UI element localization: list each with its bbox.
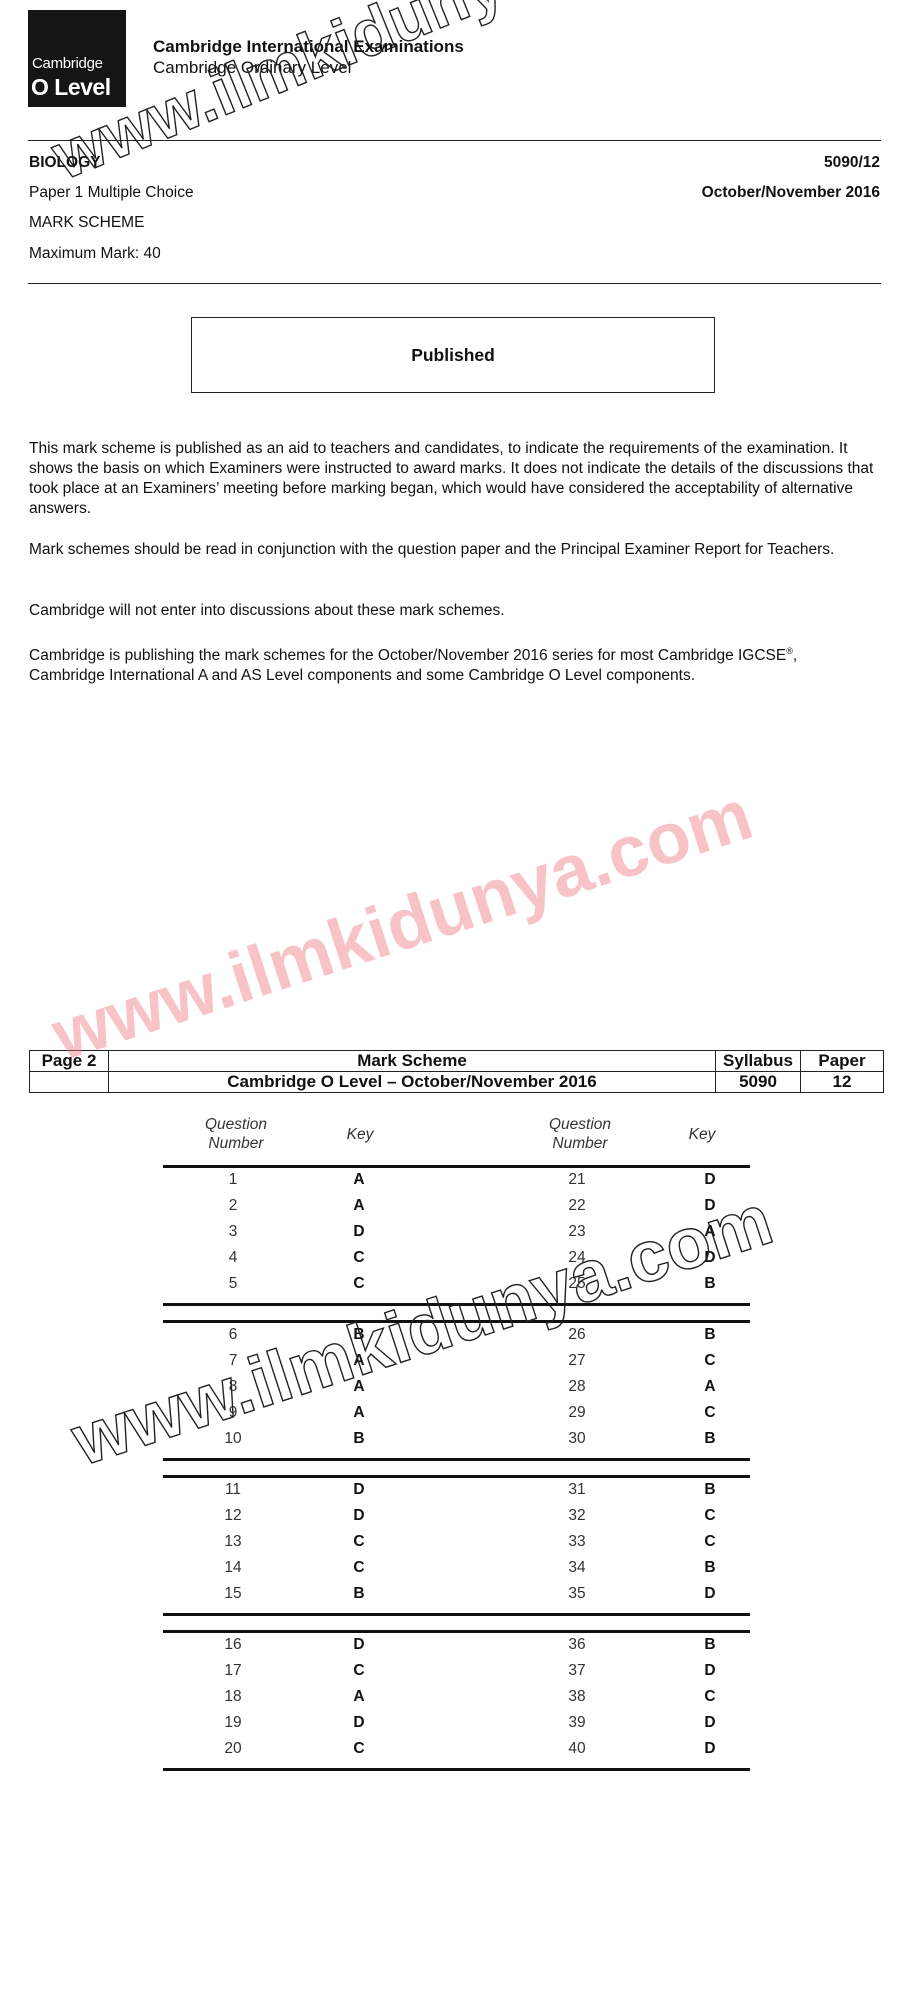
- table-row: 7A27C: [163, 1352, 750, 1378]
- answer-key: D: [344, 1507, 374, 1525]
- question-number: 33: [557, 1533, 597, 1551]
- question-number: 20: [213, 1740, 253, 1758]
- answer-key: A: [344, 1352, 374, 1370]
- question-number: 21: [557, 1171, 597, 1189]
- answer-key: A: [344, 1688, 374, 1706]
- answer-key: C: [344, 1275, 374, 1293]
- group-top-rule: [163, 1165, 750, 1168]
- paper-label: Paper: [801, 1051, 884, 1072]
- answer-key: B: [695, 1559, 725, 1577]
- table-row: 19D39D: [163, 1714, 750, 1740]
- question-number: 8: [213, 1378, 253, 1396]
- question-number: 9: [213, 1404, 253, 1422]
- answer-group: 16D36B17C37D18A38C19D39D20C40D: [163, 1630, 750, 1768]
- document-type: MARK SCHEME: [29, 214, 144, 232]
- answer-group: 6B26B7A27C8A28A9A29C10B30B: [163, 1320, 750, 1458]
- answer-group: 1A21D2A22D3D23A4C24D5C25B: [163, 1165, 750, 1303]
- question-number: 11: [213, 1481, 253, 1499]
- answer-key: D: [695, 1171, 725, 1189]
- answer-key: D: [344, 1223, 374, 1241]
- logo-line-2: O Level: [31, 74, 111, 101]
- question-number: 37: [557, 1662, 597, 1680]
- question-number: 36: [557, 1636, 597, 1654]
- group-bottom-rule: [163, 1613, 750, 1616]
- question-number: 39: [557, 1714, 597, 1732]
- answer-key: D: [344, 1481, 374, 1499]
- published-status-box: Published: [191, 317, 715, 393]
- answer-key: A: [344, 1404, 374, 1422]
- answer-key: B: [344, 1585, 374, 1603]
- watermark-outline-top: www.ilmkidunya.com: [42, 0, 690, 194]
- question-number: 6: [213, 1326, 253, 1344]
- table-row: 8A28A: [163, 1378, 750, 1404]
- published-label: Published: [411, 345, 495, 366]
- question-number: 15: [213, 1585, 253, 1603]
- table-row: 11D31B: [163, 1481, 750, 1507]
- question-label: Question: [540, 1115, 620, 1134]
- question-number: 13: [213, 1533, 253, 1551]
- publishing-text-a: Cambridge is publishing the mark schemes…: [29, 647, 786, 664]
- answer-key: D: [695, 1585, 725, 1603]
- table-row: 17C37D: [163, 1662, 750, 1688]
- question-number: 18: [213, 1688, 253, 1706]
- paper-value: 12: [801, 1072, 884, 1093]
- answer-key: A: [344, 1171, 374, 1189]
- answer-key: A: [695, 1223, 725, 1241]
- question-number: 32: [557, 1507, 597, 1525]
- answer-key: D: [695, 1249, 725, 1267]
- table-row: 10B30B: [163, 1430, 750, 1456]
- answer-key: C: [695, 1533, 725, 1551]
- question-label: Question: [196, 1115, 276, 1134]
- registered-mark: ®: [786, 646, 793, 656]
- answer-key: B: [695, 1636, 725, 1654]
- table-row: 4C24D: [163, 1249, 750, 1275]
- question-number: 27: [557, 1352, 597, 1370]
- table-row: 9A29C: [163, 1404, 750, 1430]
- question-number: 3: [213, 1223, 253, 1241]
- answer-key: C: [344, 1559, 374, 1577]
- question-number: 40: [557, 1740, 597, 1758]
- group-bottom-rule: [163, 1458, 750, 1461]
- answer-key: C: [344, 1740, 374, 1758]
- answer-key: D: [695, 1197, 725, 1215]
- question-number: 34: [557, 1559, 597, 1577]
- number-label: Number: [196, 1134, 276, 1153]
- divider: [28, 140, 881, 141]
- table-row: 13C33C: [163, 1533, 750, 1559]
- question-number: 22: [557, 1197, 597, 1215]
- answer-key: B: [695, 1326, 725, 1344]
- answer-key: A: [695, 1378, 725, 1396]
- answer-key: B: [344, 1430, 374, 1448]
- group-bottom-rule: [163, 1303, 750, 1306]
- syllabus-label: Syllabus: [716, 1051, 801, 1072]
- answer-key: D: [695, 1740, 725, 1758]
- question-number: 38: [557, 1688, 597, 1706]
- cambridge-o-level-logo: Cambridge O Level: [28, 10, 126, 107]
- answer-key: B: [695, 1481, 725, 1499]
- answer-key: A: [344, 1197, 374, 1215]
- syllabus-value: 5090: [716, 1072, 801, 1093]
- table-row: 5C25B: [163, 1275, 750, 1301]
- table-row: 15B35D: [163, 1585, 750, 1611]
- question-number: 5: [213, 1275, 253, 1293]
- question-number: 4: [213, 1249, 253, 1267]
- question-number: 31: [557, 1481, 597, 1499]
- watermark-pink: www.ilmkidunya.com: [43, 774, 762, 1077]
- column-header-key-left: Key: [335, 1125, 385, 1144]
- maximum-mark: Maximum Mark: 40: [29, 245, 161, 263]
- question-number: 10: [213, 1430, 253, 1448]
- logo-line-1: Cambridge: [32, 55, 103, 72]
- question-number: 2: [213, 1197, 253, 1215]
- table-row: 6B26B: [163, 1326, 750, 1352]
- answer-key: C: [695, 1352, 725, 1370]
- organization-title: Cambridge International Examinations: [153, 37, 464, 57]
- column-header-key-right: Key: [677, 1125, 727, 1144]
- question-number: 1: [213, 1171, 253, 1189]
- table-row: 14C34B: [163, 1559, 750, 1585]
- divider: [28, 283, 881, 284]
- intro-paragraph: This mark scheme is published as an aid …: [29, 439, 879, 519]
- question-number: 24: [557, 1249, 597, 1267]
- question-number: 29: [557, 1404, 597, 1422]
- answer-key: C: [695, 1688, 725, 1706]
- table-row: 3D23A: [163, 1223, 750, 1249]
- answer-key: C: [695, 1404, 725, 1422]
- answer-key: C: [695, 1507, 725, 1525]
- table-row: 12D32C: [163, 1507, 750, 1533]
- table-row: 2A22D: [163, 1197, 750, 1223]
- question-number: 7: [213, 1352, 253, 1370]
- question-number: 23: [557, 1223, 597, 1241]
- answer-key: C: [344, 1533, 374, 1551]
- answer-key: D: [344, 1714, 374, 1732]
- number-label: Number: [540, 1134, 620, 1153]
- syllabus-code: 5090/12: [824, 154, 880, 172]
- publishing-paragraph: Cambridge is publishing the mark schemes…: [29, 641, 859, 686]
- table-row: 16D36B: [163, 1636, 750, 1662]
- question-number: 17: [213, 1662, 253, 1680]
- question-number: 30: [557, 1430, 597, 1448]
- question-number: 35: [557, 1585, 597, 1603]
- no-discussion-paragraph: Cambridge will not enter into discussion…: [29, 601, 879, 621]
- question-number: 28: [557, 1378, 597, 1396]
- answer-key: D: [344, 1636, 374, 1654]
- table-row: 20C40D: [163, 1740, 750, 1766]
- table-row: 18A38C: [163, 1688, 750, 1714]
- empty-cell: [30, 1072, 109, 1093]
- question-number: 16: [213, 1636, 253, 1654]
- answer-key: B: [344, 1326, 374, 1344]
- subject: BIOLOGY: [29, 154, 100, 172]
- answer-key: C: [344, 1249, 374, 1267]
- group-top-rule: [163, 1630, 750, 1633]
- group-top-rule: [163, 1320, 750, 1323]
- page-number: Page 2: [30, 1051, 109, 1072]
- answer-key: C: [344, 1662, 374, 1680]
- paper-name: Paper 1 Multiple Choice: [29, 184, 194, 202]
- answer-group: 11D31B12D32C13C33C14C34B15B35D: [163, 1475, 750, 1613]
- question-number: 12: [213, 1507, 253, 1525]
- answer-key: B: [695, 1275, 725, 1293]
- column-header-question-number-right: Question Number: [540, 1115, 620, 1153]
- answer-key: A: [344, 1378, 374, 1396]
- answer-key: B: [695, 1430, 725, 1448]
- conjunction-paragraph: Mark schemes should be read in conjuncti…: [29, 540, 879, 560]
- mark-scheme-subtitle: Cambridge O Level – October/November 201…: [109, 1072, 716, 1093]
- qualification-title: Cambridge Ordinary Level: [153, 58, 351, 78]
- question-number: 14: [213, 1559, 253, 1577]
- group-top-rule: [163, 1475, 750, 1478]
- answer-key: D: [695, 1714, 725, 1732]
- exam-session: October/November 2016: [702, 184, 880, 202]
- page-header-table: Page 2 Mark Scheme Syllabus Paper Cambri…: [29, 1050, 884, 1093]
- column-header-question-number-left: Question Number: [196, 1115, 276, 1153]
- question-number: 26: [557, 1326, 597, 1344]
- question-number: 19: [213, 1714, 253, 1732]
- mark-scheme-title: Mark Scheme: [109, 1051, 716, 1072]
- table-row: 1A21D: [163, 1171, 750, 1197]
- answer-key: D: [695, 1662, 725, 1680]
- question-number: 25: [557, 1275, 597, 1293]
- group-bottom-rule: [163, 1768, 750, 1771]
